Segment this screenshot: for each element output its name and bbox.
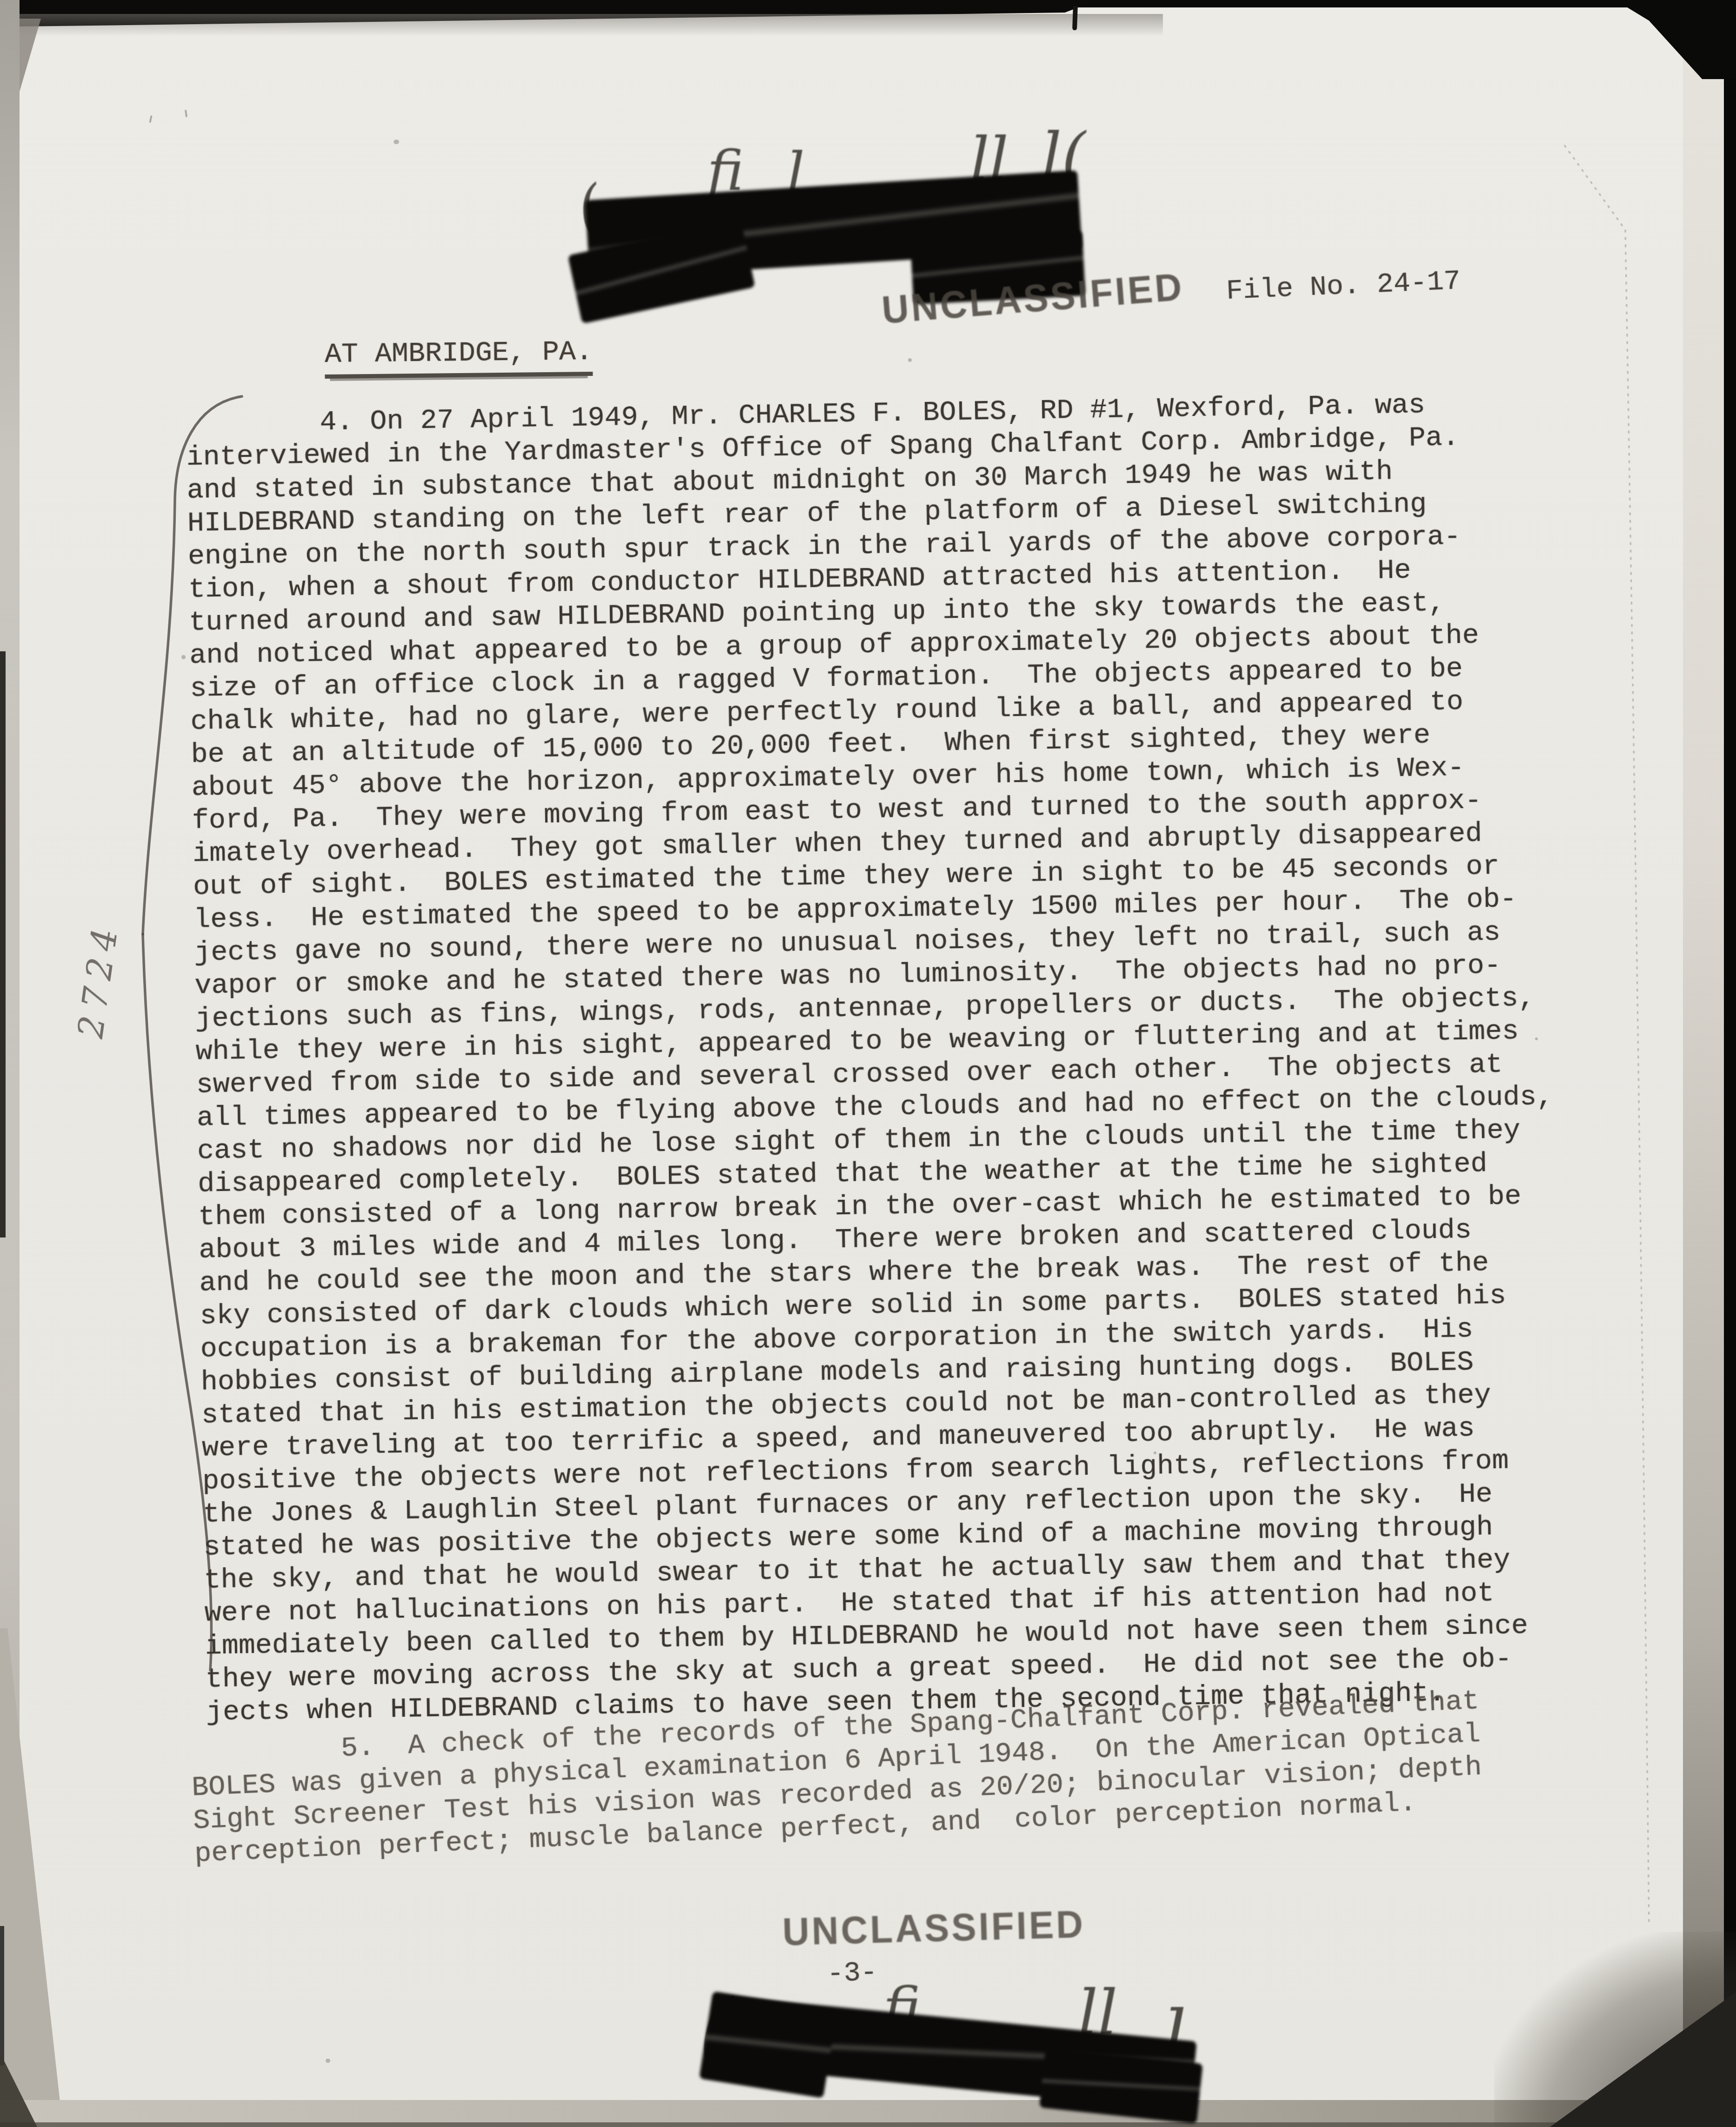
unclassified-stamp-bottom: UNCLASSIFIED <box>782 1901 1086 1954</box>
paragraph-4: 4. On 27 April 1949, Mr. CHARLES F. BOLE… <box>186 387 1563 1729</box>
page-number: -3- <box>827 1957 878 1990</box>
paper-speck <box>394 140 399 144</box>
file-number: File No. 24-17 <box>1226 266 1462 308</box>
scan-edge-right <box>1724 0 1736 2127</box>
pencil-mark <box>185 110 187 117</box>
section-heading: AT AMBRIDGE, PA. <box>325 336 593 379</box>
scan-corner-top-right <box>1615 0 1736 79</box>
scan-edge-left-dark-line-2 <box>0 1926 4 2066</box>
handwritten-margin-number: 2724 <box>71 919 127 1041</box>
ink-drip-mark <box>1072 6 1078 30</box>
pencil-mark <box>149 115 152 123</box>
paper-speck <box>181 655 186 659</box>
scan-edge-top-shadow <box>0 14 1163 36</box>
scanned-document-page: ( fi l ll l( UNCLASSIFIED File No. 24-17… <box>0 0 1736 2127</box>
scan-edge-bottom-line <box>0 2122 1736 2127</box>
paper-speck <box>908 358 912 362</box>
scan-edge-left-lower <box>0 1628 63 2127</box>
scan-edge-left-dark-line <box>0 651 6 1237</box>
redaction-bar-bottom-lobe <box>699 1991 837 2098</box>
scan-edge-right-gray <box>1683 0 1724 2127</box>
paper-speck <box>326 2059 330 2063</box>
